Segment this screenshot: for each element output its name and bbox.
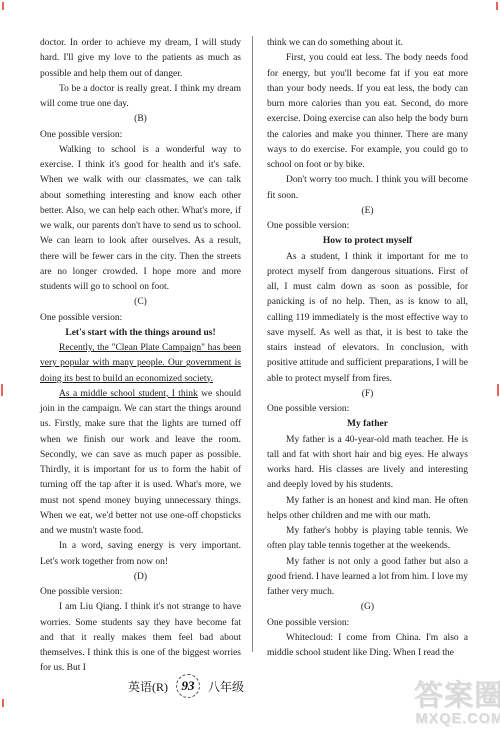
- paragraph: My father is a 40-year-old math teacher.…: [267, 433, 468, 494]
- left-column: doctor. In order to achieve my dream, I …: [40, 36, 241, 677]
- page-number-badge: 93: [176, 674, 200, 698]
- section-marker: (D): [40, 570, 241, 585]
- watermark-brand: 答案圈: [384, 681, 500, 711]
- section-marker: (G): [267, 600, 468, 615]
- paragraph: To be a doctor is really great. I think …: [40, 82, 241, 113]
- watermark: 答案圈 MXQE.COM: [384, 681, 500, 727]
- paragraph: I am Liu Qiang. I think it's not strange…: [40, 600, 241, 676]
- section-marker: (C): [40, 295, 241, 310]
- essay-title: My father: [267, 417, 468, 432]
- paragraph: As a student, I think it important for m…: [267, 250, 468, 387]
- red-crop-mark: [496, 2, 498, 10]
- essay-title: Let's start with the things around us!: [40, 326, 241, 341]
- paragraph: As a middle school student, I think we s…: [40, 387, 241, 540]
- paragraph: My father's hobby is playing table tenni…: [267, 524, 468, 555]
- watermark-domain: MXQE.COM: [384, 712, 500, 727]
- version-label: One possible version:: [40, 585, 241, 600]
- section-marker: (F): [267, 387, 468, 402]
- paragraph: Recently, the "Clean Plate Campaign" has…: [40, 341, 241, 387]
- red-crop-mark: [2, 2, 4, 10]
- red-crop-mark: [1, 384, 3, 396]
- scanned-answer-page: doctor. In order to achieve my dream, I …: [0, 0, 500, 735]
- text-segment: we should join in the campaign. We can s…: [40, 389, 241, 536]
- two-column-text-area: doctor. In order to achieve my dream, I …: [40, 36, 468, 677]
- paragraph: In a word, saving energy is very importa…: [40, 539, 241, 570]
- footer-subject-label: 英语(R): [128, 678, 168, 695]
- paragraph: My father is not only a good father but …: [267, 555, 468, 601]
- version-label: One possible version:: [267, 402, 468, 417]
- underlined-segment: As a middle school student, I think: [59, 389, 198, 399]
- paragraph: Whitecloud: I come from China. I'm also …: [267, 631, 468, 662]
- paragraph: My father is an honest and kind man. He …: [267, 494, 468, 525]
- column-divider-rule: [252, 36, 253, 652]
- paragraph: think we can do something about it.: [267, 36, 468, 51]
- page-footer: 英语(R) 93 八年级: [0, 674, 372, 698]
- right-column: think we can do something about it.First…: [267, 36, 468, 677]
- red-crop-mark: [2, 699, 4, 707]
- section-marker: (E): [267, 204, 468, 219]
- footer-grade-label: 八年级: [208, 678, 244, 695]
- paragraph: Walking to school is a wonderful way to …: [40, 143, 241, 296]
- version-label: One possible version:: [267, 219, 468, 234]
- essay-title: How to protect myself: [267, 234, 468, 249]
- paragraph: Don't worry too much. I think you will b…: [267, 173, 468, 204]
- version-label: One possible version:: [40, 128, 241, 143]
- paragraph: doctor. In order to achieve my dream, I …: [40, 36, 241, 82]
- paragraph: First, you could eat less. The body need…: [267, 51, 468, 173]
- red-crop-mark: [497, 384, 499, 396]
- section-marker: (B): [40, 112, 241, 127]
- version-label: One possible version:: [40, 311, 241, 326]
- version-label: One possible version:: [267, 616, 468, 631]
